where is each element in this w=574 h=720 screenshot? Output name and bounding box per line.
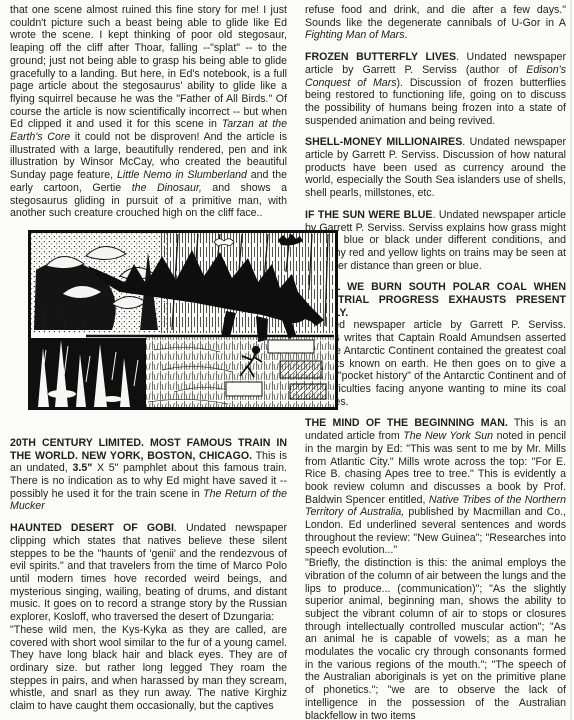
scan-edge-artifact <box>570 0 572 720</box>
entry-mind-of-beginning-man: THE MIND OF THE BEGINNING MAN. This is a… <box>305 417 566 557</box>
entry-stegosaurus-article-continuation: that one scene almost ruined this fine s… <box>10 4 287 220</box>
entry-south-polar-coal-heading: SHALL WE BURN SOUTH POLAR COAL WHEN INDU… <box>305 281 566 319</box>
right-column: refuse food and drink, and die after a f… <box>305 4 566 720</box>
marsh-reeds <box>31 338 146 407</box>
left-column: that one scene almost ruined this fine s… <box>10 4 287 720</box>
entry-shell-money-millionaires: SHELL-MONEY MILLIONAIRES. Undated newspa… <box>305 136 566 200</box>
gobi-quote-continuation: refuse food and drink, and die after a f… <box>305 4 566 42</box>
beginning-man-review-quotes: "Briefly, the distinction is this: the a… <box>305 557 566 720</box>
entry-20th-century-limited: 20TH CENTURY LIMITED. MOST FAMOUS TRAIN … <box>10 437 287 513</box>
gobi-kosloff-quote: "These wild men, the Kys-Kyka as they ar… <box>10 624 287 713</box>
entry-south-polar-coal-body: Undated newspaper article by Garrett P. … <box>305 319 566 408</box>
stegosaurus-scene-drawing <box>28 230 338 410</box>
page-scan: that one scene almost ruined this fine s… <box>0 0 574 720</box>
entry-frozen-butterfly-lives: FROZEN BUTTERFLY LIVES. Undated newspape… <box>305 51 566 127</box>
entry-haunted-desert-of-gobi: HAUNTED DESERT OF GOBI. Undated newspape… <box>10 522 287 624</box>
entry-if-the-sun-were-blue: IF THE SUN WERE BLUE. Undated newspaper … <box>305 209 566 273</box>
winsor-mccay-illustration <box>28 230 338 410</box>
